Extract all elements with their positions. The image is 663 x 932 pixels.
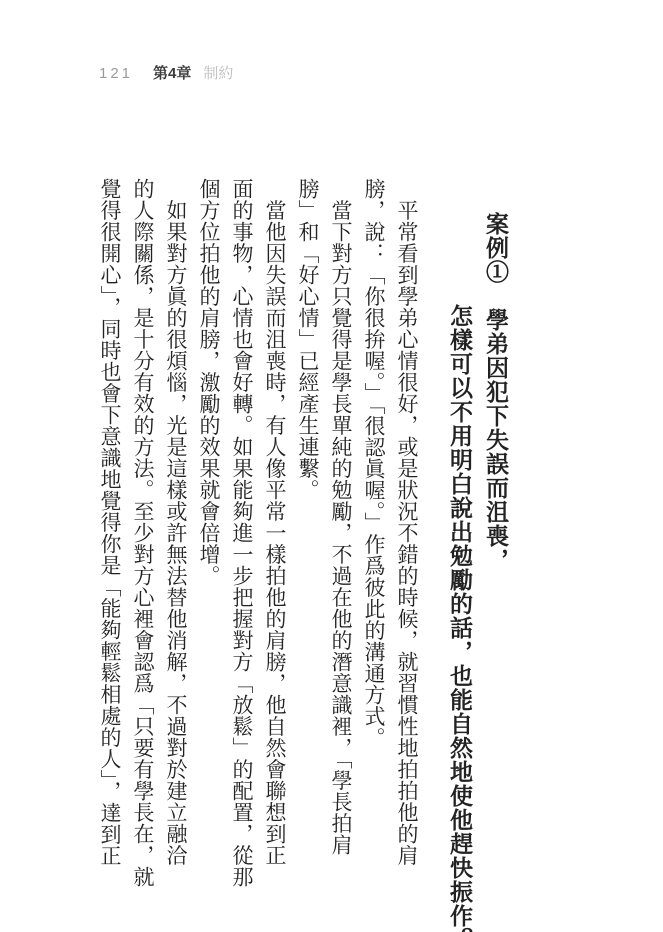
text-line: 當下對方只覺得是學長單純的勉勵，不過在他的潛意識裡，「學長拍肩 xyxy=(324,178,357,926)
text-line: 個方位拍他的肩膀，激勵的效果就會倍增。 xyxy=(192,178,225,926)
page-number: 121 xyxy=(99,66,133,81)
chapter-title: 制約 xyxy=(203,66,233,81)
vertical-text-block: 案例① 學弟因犯下失誤而沮喪， 怎樣可以不用明白說出勉勵的話，也能自然地使他趕快… xyxy=(93,178,513,926)
running-head: 121 第4章 制約 xyxy=(99,66,233,81)
case-heading-line-2: 怎樣可以不用明白說出勉勵的話，也能自然地使他趕快振作？ xyxy=(441,178,477,926)
book-page: 121 第4章 制約 案例① 學弟因犯下失誤而沮喪， 怎樣可以不用明白說出勉勵的… xyxy=(0,0,663,932)
text-line: 平常看到學弟心情很好，或是狀況不錯的時候，就習慣性地拍拍他的肩 xyxy=(390,178,423,926)
text-line: 面的事物，心情也會好轉。如果能夠進一步把握對方「放鬆」的配置，從那 xyxy=(225,178,258,926)
text-line: 膀，說：「你很拚喔。」「很認眞喔。」作爲彼此的溝通方式。 xyxy=(357,178,390,926)
paragraph-3: 當他因失誤而沮喪時，有人像平常一樣拍他的肩膀，他自然會聯想到正 面的事物，心情也… xyxy=(192,178,291,926)
text-line: 膀」和「好心情」已經產生連繫。 xyxy=(291,178,324,926)
paragraph-1: 平常看到學弟心情很好，或是狀況不錯的時候，就習慣性地拍拍他的肩 膀，說：「你很拚… xyxy=(357,178,423,926)
paragraph-4: 如果對方眞的很煩惱，光是這樣或許無法替他消解，不過對於建立融洽 的人際關係，是十… xyxy=(93,178,192,926)
text-line: 覺得很開心」，同時也會下意識地覺得你是「能夠輕鬆相處的人」，達到正 xyxy=(93,178,126,926)
text-line: 的人際關係，是十分有效的方法。至少對方心裡會認爲「只要有學長在，就 xyxy=(126,178,159,926)
case-heading-line-1: 案例① 學弟因犯下失誤而沮喪， xyxy=(477,178,513,926)
chapter-label: 第4章 xyxy=(153,66,191,81)
text-line: 當他因失誤而沮喪時，有人像平常一樣拍他的肩膀，他自然會聯想到正 xyxy=(258,178,291,926)
text-line: 如果對方眞的很煩惱，光是這樣或許無法替他消解，不過對於建立融洽 xyxy=(159,178,192,926)
case-heading: 案例① 學弟因犯下失誤而沮喪， 怎樣可以不用明白說出勉勵的話，也能自然地使他趕快… xyxy=(441,178,513,926)
paragraph-2: 當下對方只覺得是學長單純的勉勵，不過在他的潛意識裡，「學長拍肩 膀」和「好心情」… xyxy=(291,178,357,926)
